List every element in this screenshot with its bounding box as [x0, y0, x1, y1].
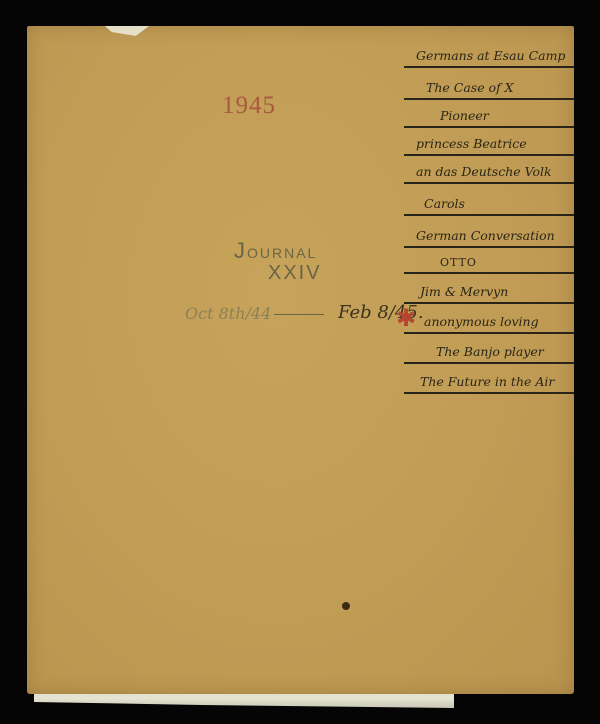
volume-number: XXIV	[268, 262, 322, 285]
list-item: The Banjo player	[404, 334, 574, 364]
list-item: ✱ anonymous loving	[404, 304, 574, 334]
journal-title: JOURNAL	[234, 238, 317, 264]
list-item: princess Beatrice	[404, 128, 574, 156]
list-item: OTTO	[404, 248, 574, 274]
list-item: German Conversation	[404, 216, 574, 248]
journal-title-text: OURNAL	[247, 245, 317, 261]
list-item: an das Deutsche Volk	[404, 156, 574, 184]
list-item: The Case of X	[404, 68, 574, 100]
asterisk-mark-icon: ✱	[396, 306, 416, 330]
list-item: Pioneer	[404, 100, 574, 128]
ink-spot	[342, 602, 350, 610]
list-item: The Future in the Air	[404, 364, 574, 394]
date-start: Oct 8th/44	[185, 304, 271, 323]
list-item: Germans at Esau Camp	[404, 36, 574, 68]
contents-list: Germans at Esau Camp The Case of X Pione…	[402, 36, 574, 394]
date-range-dash	[274, 314, 324, 315]
year-label: 1945	[222, 92, 276, 120]
list-item: Jim & Mervyn	[404, 274, 574, 304]
list-item: Carols	[404, 184, 574, 216]
